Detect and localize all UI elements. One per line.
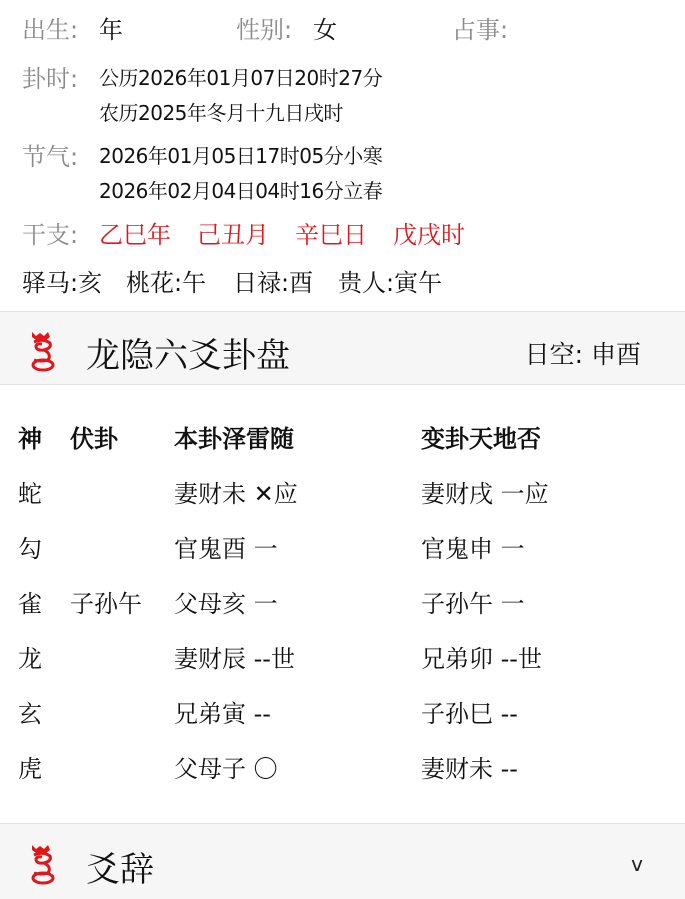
row-shen: 勾	[18, 529, 42, 564]
row-bian: 妻财未 --	[421, 749, 518, 784]
row-ben: 兄弟寅 --	[174, 694, 271, 729]
jieqi-1: 2026年01月05日17时05分小寒	[99, 140, 382, 169]
gender-value: 女	[313, 10, 337, 45]
gender-label: 性别:	[236, 10, 292, 45]
row-bian: 妻财戌 一应	[421, 474, 549, 509]
time-label: 卦时:	[22, 59, 78, 94]
birth-value: 年	[99, 10, 123, 45]
row-shen: 玄	[18, 694, 42, 729]
ganzhi-year: 乙巳年	[99, 215, 171, 250]
dragon-logo-icon	[26, 328, 60, 372]
row-ben: 妻财未 ✕应	[174, 474, 298, 509]
shensha-rilu: 日禄:酉	[233, 263, 313, 298]
row-shen: 雀	[18, 584, 42, 619]
row-bian: 兄弟卯 --世	[421, 639, 542, 674]
yaoci-section-header[interactable]: 爻辞 v	[0, 823, 685, 899]
birth-label: 出生:	[22, 10, 78, 45]
ganzhi-hour: 戊戌时	[393, 215, 465, 250]
matter-label: 占事:	[452, 10, 508, 45]
row-ben: 父母亥 一	[174, 584, 278, 619]
row-bian: 子孙午 一	[421, 584, 525, 619]
row-shen: 蛇	[18, 474, 42, 509]
row-bian: 官鬼申 一	[421, 529, 525, 564]
row-shen: 龙	[18, 639, 42, 674]
ganzhi-day: 辛巳日	[295, 215, 367, 250]
shensha-yima: 驿马:亥	[22, 263, 102, 298]
jieqi-2: 2026年02月04日04时16分立春	[99, 175, 382, 204]
shensha-guiren: 贵人:寅午	[338, 263, 442, 298]
time-lunar: 农历2025年冬月十九日戌时	[99, 97, 343, 126]
ganzhi-month: 己丑月	[197, 215, 269, 250]
col-header-bengua: 本卦泽雷随	[174, 419, 294, 454]
row-bian: 子孙巳 --	[421, 694, 518, 729]
row-fu: 子孙午	[70, 584, 142, 619]
rikong-label: 日空: 申酉	[525, 335, 641, 371]
col-header-biangua: 变卦天地否	[421, 419, 541, 454]
dragon-logo-icon	[26, 841, 60, 885]
row-ben: 父母子 〇	[174, 749, 278, 784]
shensha-taohua: 桃花:午	[126, 263, 206, 298]
divination-info: 出生: 年 性别: 女 占事: 卦时: 公历2026年01月07日20时27分 …	[0, 0, 685, 310]
row-shen: 虎	[18, 749, 42, 784]
col-header-fugua: 伏卦	[70, 419, 118, 454]
panel-title: 龙隐六爻卦盘	[86, 328, 290, 377]
jieqi-label: 节气:	[22, 137, 78, 172]
row-ben: 妻财辰 --世	[174, 639, 295, 674]
panel-header: 龙隐六爻卦盘 日空: 申酉	[0, 311, 685, 385]
chevron-down-icon[interactable]: v	[631, 852, 643, 876]
row-ben: 官鬼酉 一	[174, 529, 278, 564]
yaoci-title: 爻辞	[86, 842, 154, 891]
col-header-shen: 神	[18, 419, 42, 454]
ganzhi-label: 干支:	[22, 215, 78, 250]
time-solar: 公历2026年01月07日20时27分	[99, 62, 382, 91]
